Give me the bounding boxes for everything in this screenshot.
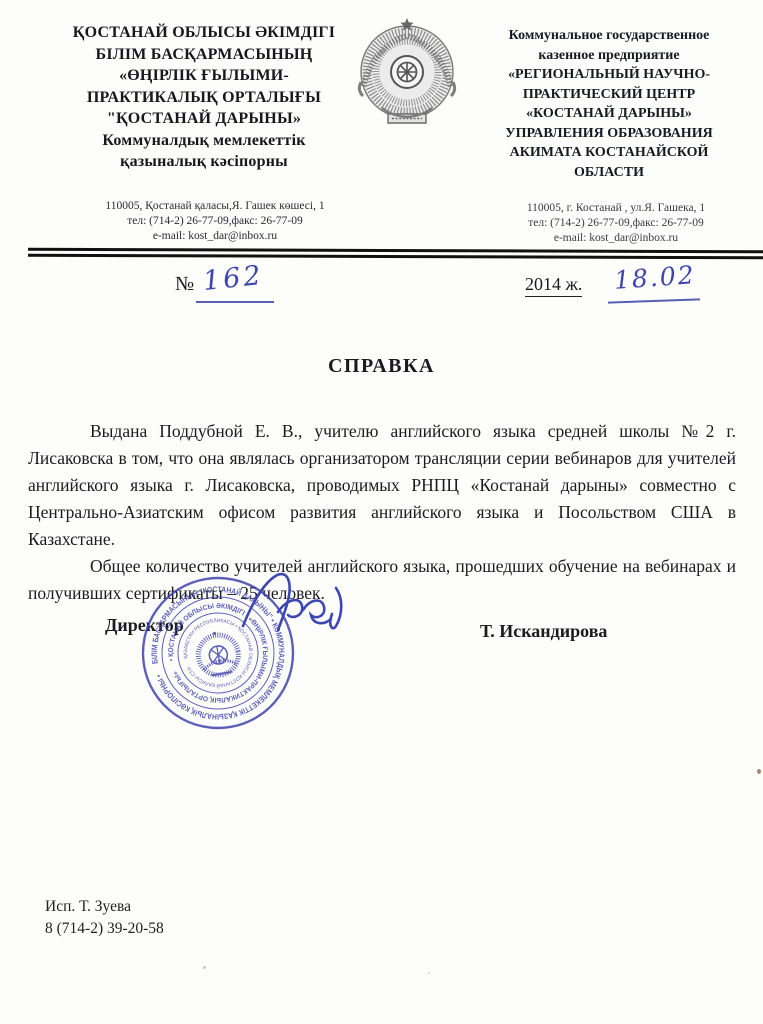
org-name-russian-line: УПРАВЛЕНИЯ ОБРАЗОВАНИЯ (458, 124, 760, 144)
org-name-russian-line: ОБЛАСТИ (458, 163, 760, 183)
signer-name: Т. Искандирова (480, 621, 607, 642)
org-name-russian-line: ПРАКТИЧЕСКИЙ ЦЕНТР (458, 85, 760, 105)
org-name-kazakh: ҚОСТАНАЙ ОБЛЫСЫ ӘКІМДІГІ БІЛІМ БАСҚАРМАС… (48, 22, 360, 173)
org-name-russian-line: Коммунальное государственное (458, 26, 760, 46)
address-russian: 110005, г. Костанай , ул.Я. Гашека, 1 те… (494, 201, 738, 246)
scan-speck (757, 769, 761, 774)
doc-date-underline (608, 298, 700, 303)
scan-speck (428, 972, 430, 974)
org-name-kazakh-line: ПРАКТИКАЛЫҚ ОРТАЛЫҒЫ (48, 87, 360, 109)
org-name-kazakh-line: қазыналық кәсіпорны (48, 151, 360, 173)
doc-number-label: № (175, 273, 194, 296)
address-line: 110005, Қостанай қаласы,Я. Гашек көшесі,… (72, 199, 358, 214)
org-name-kazakh-line: «ӨҢІРЛІК ҒЫЛЫМИ- (48, 65, 360, 87)
org-name-russian-line: АКИМАТА КОСТАНАЙСКОЙ (458, 143, 760, 163)
doc-number-handwritten: 162 (202, 260, 265, 297)
kazakhstan-emblem-icon (352, 12, 462, 136)
org-name-kazakh-line: БІЛІМ БАСҚАРМАСЫНЫҢ (48, 44, 360, 66)
org-name-kazakh-line: Коммуналдық мемлекеттік (48, 130, 360, 152)
address-line: e-mail: kost_dar@inbox.ru (72, 229, 358, 244)
executor-info: Исп. Т. Зуева 8 (714-2) 39-20-58 (45, 896, 164, 940)
separator-line-top (28, 248, 763, 254)
header-separator-rule (28, 248, 763, 259)
scan-speck (203, 966, 206, 969)
document-title: СПРАВКА (0, 355, 763, 378)
org-name-kazakh-line: "ҚОСТАНАЙ ДАРЫНЫ» (48, 108, 360, 130)
org-name-russian-line: казенное предприятие (458, 46, 760, 66)
doc-date-handwritten: 18.02 (613, 260, 696, 295)
document-body: Выдана Поддубной Е. В., учителю английск… (28, 418, 736, 607)
executor-phone: 8 (714-2) 39-20-58 (45, 918, 164, 940)
org-name-kazakh-line: ҚОСТАНАЙ ОБЛЫСЫ ӘКІМДІГІ (48, 22, 360, 44)
director-signature (233, 562, 373, 662)
address-line: 110005, г. Костанай , ул.Я. Гашека, 1 (494, 201, 738, 216)
address-kazakh: 110005, Қостанай қаласы,Я. Гашек көшесі,… (72, 199, 358, 244)
address-line: e-mail: kost_dar@inbox.ru (494, 231, 738, 246)
separator-line-bottom (28, 254, 763, 259)
doc-date-typed: 2014 ж. (525, 274, 582, 297)
executor-name: Исп. Т. Зуева (45, 896, 164, 918)
doc-number-underline (196, 301, 274, 303)
org-name-russian: Коммунальное государственное казенное пр… (458, 26, 760, 182)
org-name-russian-line: «КОСТАНАЙ ДАРЫНЫ» (458, 104, 760, 124)
scanned-document-page: ҚОСТАНАЙ ОБЛЫСЫ ӘКІМДІГІ БІЛІМ БАСҚАРМАС… (0, 0, 763, 1024)
address-line: тел: (714-2) 26-77-09,факс: 26-77-09 (494, 216, 738, 231)
org-name-russian-line: «РЕГИОНАЛЬНЫЙ НАУЧНО- (458, 65, 760, 85)
body-paragraph: Выдана Поддубной Е. В., учителю английск… (28, 418, 736, 553)
address-line: тел: (714-2) 26-77-09,факс: 26-77-09 (72, 214, 358, 229)
